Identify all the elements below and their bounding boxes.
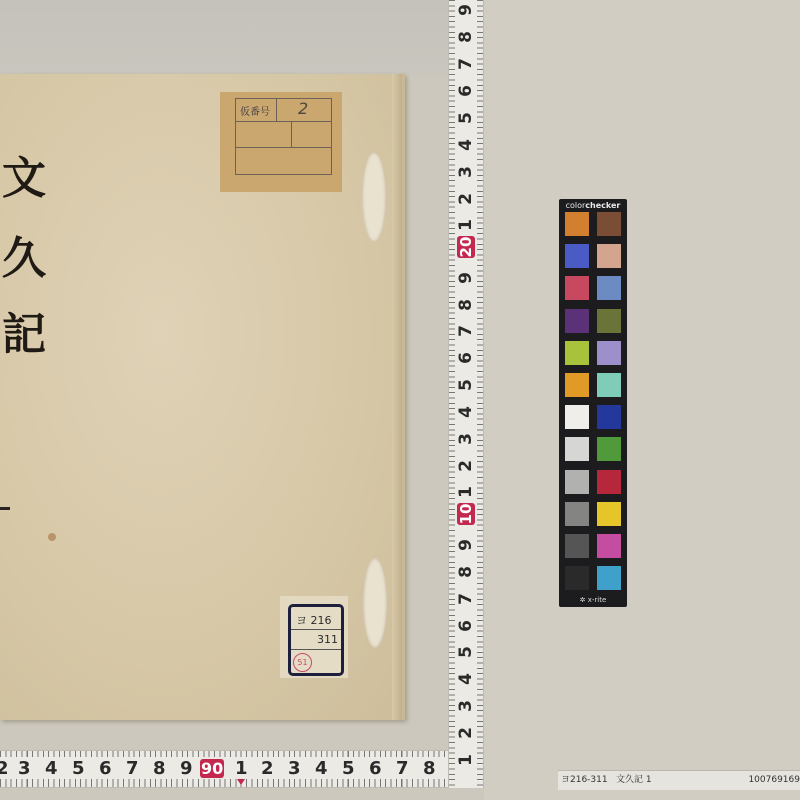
color-checker-card: colorchecker ✲ x-rite (559, 199, 627, 607)
ruler-number: 4 (315, 758, 328, 779)
title-glyph-1: 文 (2, 142, 46, 206)
caption-bar: ヨ216-311 文久記 1 100769169 (558, 770, 800, 790)
ruler-number: 2 (0, 758, 9, 779)
ruler-number: 7 (126, 758, 139, 779)
ruler-number: 2 (261, 758, 274, 779)
label-field-name: 仮番号 (240, 103, 270, 118)
ruler-number: 1 (456, 483, 476, 501)
color-patch (597, 244, 621, 268)
ruler-number: 7 (456, 590, 476, 608)
ruler-number: 6 (456, 82, 476, 100)
color-patch (565, 534, 589, 558)
ruler-number: 1 (235, 758, 248, 779)
caption-id: ヨ216-311 (561, 771, 608, 790)
ruler-number: 5 (72, 758, 85, 779)
color-patch (597, 534, 621, 558)
ruler-number: 3 (288, 758, 301, 779)
ruler-number: 6 (456, 617, 476, 635)
call-number-frame: ヨ 216 311 51 (288, 604, 344, 676)
binding-tab-top (362, 152, 386, 242)
color-patch (565, 470, 589, 494)
color-patch (565, 502, 589, 526)
ruler-number: 5 (456, 376, 476, 394)
stain-spot (48, 533, 56, 541)
ruler-number: 2 (456, 190, 476, 208)
ruler-number: 4 (45, 758, 58, 779)
vertical-ruler: 9 8 7 6 5 4 3 2 1 20 9 8 7 6 5 4 3 2 1 1… (448, 0, 484, 788)
color-patch (597, 212, 621, 236)
ruler-number: 9 (456, 269, 476, 287)
book-spine-edge (392, 74, 402, 720)
color-patch (597, 470, 621, 494)
ruler-number-highlight: 20 (457, 236, 475, 258)
ruler-number: 7 (456, 322, 476, 340)
binding-tab-bottom (363, 558, 387, 648)
label-grid: 仮番号 2 (235, 98, 332, 175)
ruler-marker-icon (237, 779, 245, 785)
color-patch (597, 341, 621, 365)
ruler-number-highlight: 90 (200, 759, 224, 778)
color-patch (565, 373, 589, 397)
horizontal-ruler: 2 3 4 5 6 7 8 9 90 1 2 3 4 5 6 7 8 (0, 750, 448, 788)
ruler-number: 8 (456, 563, 476, 581)
ruler-number-highlight: 10 (457, 503, 475, 525)
color-patch (597, 276, 621, 300)
color-patch (565, 244, 589, 268)
background-right (484, 0, 800, 800)
caption-number: 100769169 (748, 771, 800, 790)
color-patch (597, 437, 621, 461)
title-glyph-fragment (0, 507, 10, 510)
ruler-number: 2 (456, 457, 476, 475)
ruler-number: 3 (456, 697, 476, 715)
call-number-line1: ヨ 216 (296, 612, 332, 628)
color-patch (565, 309, 589, 333)
xrite-logo: ✲ x-rite (559, 596, 627, 604)
color-patch (597, 502, 621, 526)
ruler-number: 3 (18, 758, 31, 779)
ruler-number: 2 (456, 724, 476, 742)
color-patch (597, 566, 621, 590)
color-patch (597, 405, 621, 429)
color-patch (565, 437, 589, 461)
ruler-number: 9 (180, 758, 193, 779)
ruler-number: 7 (456, 55, 476, 73)
ruler-number: 9 (456, 1, 476, 19)
ruler-number: 5 (456, 109, 476, 127)
ruler-number: 8 (153, 758, 166, 779)
color-patch (597, 309, 621, 333)
color-patch (565, 276, 589, 300)
call-number-line2: 311 (317, 633, 338, 646)
color-patch (565, 405, 589, 429)
ruler-number: 1 (456, 751, 476, 769)
title-glyph-2: 久 (2, 222, 46, 286)
ruler-number: 4 (456, 403, 476, 421)
color-patch (597, 373, 621, 397)
color-patch (565, 566, 589, 590)
title-glyph-3: 記 (2, 298, 46, 362)
color-checker-brand: colorchecker (559, 201, 627, 210)
ruler-number: 9 (456, 536, 476, 554)
ruler-number: 8 (456, 296, 476, 314)
color-patch (565, 212, 589, 236)
ruler-number: 3 (456, 430, 476, 448)
ruler-number: 8 (456, 28, 476, 46)
label-field-value: 2 (298, 99, 308, 118)
ruler-number: 5 (456, 643, 476, 661)
ruler-number: 7 (396, 758, 409, 779)
ruler-number: 8 (423, 758, 436, 779)
ruler-number: 5 (342, 758, 355, 779)
ruler-number: 6 (99, 758, 112, 779)
background-top (0, 0, 450, 75)
color-patch (565, 341, 589, 365)
call-number-label: ヨ 216 311 51 (280, 596, 348, 678)
red-stamp: 51 (293, 653, 312, 672)
provisional-number-label: 仮番号 2 (220, 92, 342, 192)
ruler-number: 4 (456, 670, 476, 688)
ruler-number: 1 (456, 216, 476, 234)
ruler-number: 4 (456, 136, 476, 154)
ruler-number: 6 (456, 349, 476, 367)
ruler-number: 3 (456, 163, 476, 181)
caption-title: 文久記 1 (616, 771, 652, 790)
ruler-number: 6 (369, 758, 382, 779)
